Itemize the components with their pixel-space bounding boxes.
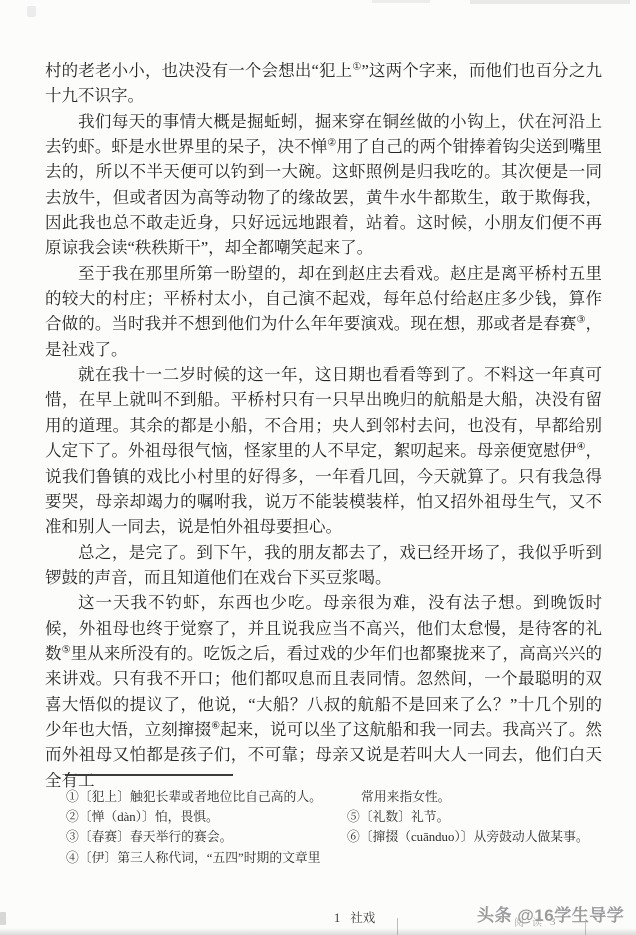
article: 村的老老小小，也决没有一个会想出“犯上①”这两个字来，而他们也百分之九十九不识字… bbox=[45, 58, 602, 793]
footnote-line: ②〔惮（dàn）〕怕，畏惧。 bbox=[66, 807, 338, 827]
lesson-title: 社戏 bbox=[350, 911, 375, 925]
paragraph: 这一天我不钓虾，东西也少吃。母亲很为难，没有法子想。到晚饭时候，外祖母也终于觉察… bbox=[45, 590, 602, 793]
scan-streak bbox=[470, 0, 630, 4]
scan-streak bbox=[372, 0, 430, 3]
scan-smudge bbox=[27, 6, 36, 17]
paragraph: 总之，是完了。到下午，我的朋友都去了，戏已经开场了，我似乎听到锣鼓的声音，而且知… bbox=[45, 540, 602, 591]
footnote-ref: ② bbox=[327, 138, 336, 149]
paragraph: 就在我十一二岁时候的这一年，这日期也看看等到了。不料这一年真可惜，在早上就叫不到… bbox=[45, 362, 602, 539]
scan-speck bbox=[0, 912, 6, 925]
paragraph: 至于我在那里所第一盼望的，却在到赵庄去看戏。赵庄是离平桥村五里的较大的村庄；平桥… bbox=[45, 261, 602, 362]
footnote-line: ⑤〔礼数〕礼节。 bbox=[347, 807, 632, 827]
footnote-line: ①〔犯上〕触犯长辈或者地位比自己高的人。 bbox=[66, 787, 338, 807]
paragraph: 我们每天的事情大概是掘蚯蚓，掘来穿在铜丝做的小钩上，伏在河沿上去钓虾。虾是水世界… bbox=[45, 109, 602, 261]
footnote-line: ③〔春赛〕春天举行的赛会。 bbox=[66, 827, 338, 847]
footnote-column-left: ①〔犯上〕触犯长辈或者地位比自己高的人。②〔惮（dàn）〕怕，畏惧。③〔春赛〕春… bbox=[66, 787, 338, 868]
footnote-ref: ⑥ bbox=[211, 720, 220, 731]
footnote-line: ④〔伊〕第三人称代词，“五四”时期的文章里 bbox=[66, 848, 338, 868]
textbook-page: 村的老老小小，也决没有一个会想出“犯上①”这两个字来，而他们也百分之九十九不识字… bbox=[0, 0, 636, 935]
footnote-line: ⑥〔撺掇（cuānduo）〕从旁鼓动人做某事。 bbox=[347, 827, 632, 847]
footnote-divider bbox=[65, 774, 233, 776]
footnote-ref: ④ bbox=[576, 442, 585, 453]
footnote-line: 常用来指女性。 bbox=[347, 787, 632, 807]
page-bottom-shadow bbox=[0, 928, 636, 935]
paragraph: 村的老老小小，也决没有一个会想出“犯上①”这两个字来，而他们也百分之九十九不识字… bbox=[45, 58, 602, 109]
footnote-column-right: 常用来指女性。⑤〔礼数〕礼节。⑥〔撺掇（cuānduo）〕从旁鼓动人做某事。 bbox=[347, 787, 632, 848]
footer-lesson-label: 1社戏 bbox=[334, 908, 375, 926]
footnote-ref: ③ bbox=[576, 315, 585, 326]
footnote-ref: ① bbox=[352, 62, 361, 73]
lesson-number: 1 bbox=[334, 911, 340, 925]
footnote-ref: ⑤ bbox=[62, 644, 71, 655]
watermark: 头条 @16学生导学 bbox=[477, 901, 624, 926]
